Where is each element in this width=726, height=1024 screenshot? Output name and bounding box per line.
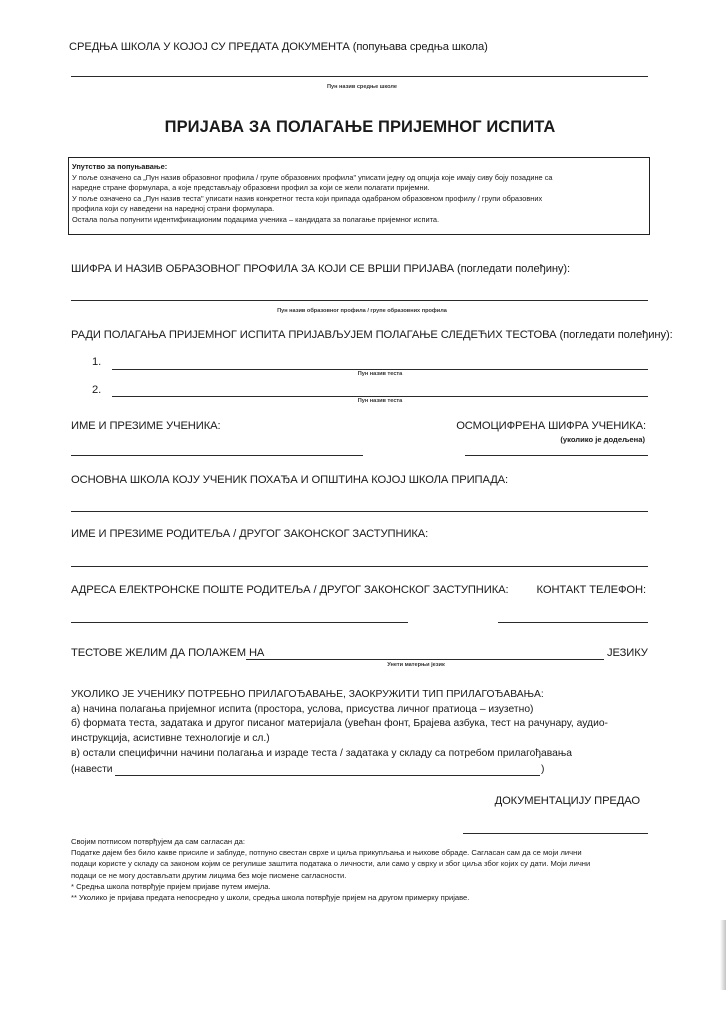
tests-label: РАДИ ПОЛАГАЊА ПРИЈЕМНОГ ИСПИТА ПРИЈАВЉУЈ…: [71, 329, 673, 341]
consent-note: * Средња школа потврђује пријем пријаве …: [71, 881, 590, 892]
phone-field[interactable]: [498, 622, 648, 623]
consent-line: подаци се не могу достављати другим лици…: [71, 870, 590, 881]
parent-name-label: ИМЕ И ПРЕЗИМЕ РОДИТЕЉА / ДРУГОГ ЗАКОНСКО…: [71, 528, 428, 540]
parent-email-field[interactable]: [71, 622, 408, 623]
parent-name-field[interactable]: [71, 566, 648, 567]
test-2-number: 2.: [92, 384, 101, 396]
instructions-line: профила који су наведени на наредној стр…: [72, 204, 646, 215]
phone-label: КОНТАКТ ТЕЛЕФОН:: [537, 584, 646, 596]
adjustment-option-b-cont[interactable]: инструкција, асистивне технологије и сл.…: [71, 732, 608, 747]
test-1-caption: Пун назив теста: [358, 371, 403, 377]
test-2-caption: Пун назив теста: [358, 398, 403, 404]
adjustment-option-b[interactable]: б) формата теста, задатака и другог писа…: [71, 717, 608, 732]
scan-edge-artifact: [720, 920, 726, 990]
student-code-field[interactable]: [465, 455, 648, 456]
consent-line: подаци користе у складу са законом којим…: [71, 858, 590, 869]
instructions-box: Упутство за попуњавање: У поље означено …: [68, 157, 650, 235]
specify-suffix: ): [541, 763, 544, 778]
language-prefix: ТЕСТОВЕ ЖЕЛИМ ДА ПОЛАЖЕМ НА: [71, 647, 264, 659]
consent-line: Податке дајем без било какве присиле и з…: [71, 847, 590, 858]
submission-label: ДОКУМЕНТАЦИЈУ ПРЕДАО: [495, 795, 640, 807]
instructions-line: У поље означено са „Пун назив образовног…: [72, 173, 646, 184]
test-2-field[interactable]: [112, 396, 648, 397]
student-name-label: ИМЕ И ПРЕЗИМЕ УЧЕНИКА:: [71, 420, 221, 432]
adjustment-block: УКОЛИКО ЈЕ УЧЕНИКУ ПОТРЕБНО ПРИЛАГОЂАВАЊ…: [71, 688, 608, 762]
instructions-line: наредне стране формулара, а које предста…: [72, 183, 646, 194]
language-field[interactable]: [246, 659, 604, 660]
primary-school-label: ОСНОВНА ШКОЛА КОЈУ УЧЕНИК ПОХАЂА И ОПШТИ…: [71, 474, 508, 486]
consent-heading: Својим потписом потврђујем да сам саглас…: [71, 836, 590, 847]
school-name-field[interactable]: [71, 76, 648, 77]
specify-prefix: (навести: [71, 763, 113, 778]
school-name-caption: Пун назив средње школе: [327, 84, 397, 90]
page-title: ПРИЈАВА ЗА ПОЛАГАЊЕ ПРИЈЕМНОГ ИСПИТА: [165, 118, 556, 137]
test-1-field[interactable]: [112, 369, 648, 370]
language-suffix: ЈЕЗИКУ: [607, 647, 648, 659]
submission-signature-field[interactable]: [463, 833, 648, 834]
adjustment-option-a[interactable]: а) начина полагања пријемног испита (про…: [71, 703, 608, 718]
consent-block: Својим потписом потврђујем да сам саглас…: [71, 836, 590, 903]
parent-email-label: АДРЕСА ЕЛЕКТРОНСКЕ ПОШТЕ РОДИТЕЉА / ДРУГ…: [71, 584, 509, 596]
student-name-field[interactable]: [71, 455, 363, 456]
profile-caption: Пун назив образовног профила / групе обр…: [277, 308, 447, 314]
language-caption: Унети матерњи језик: [387, 662, 445, 668]
consent-note: ** Уколико је пријава предата непосредно…: [71, 892, 590, 903]
adjustment-option-c[interactable]: в) остали специфични начини полагања и и…: [71, 747, 608, 762]
profile-label: ШИФРА И НАЗИВ ОБРАЗОВНОГ ПРОФИЛА ЗА КОЈИ…: [71, 263, 570, 275]
student-code-label: ОСМОЦИФРЕНА ШИФРА УЧЕНИКА:: [456, 420, 646, 432]
student-code-note: (уколико је додељена): [560, 434, 645, 445]
test-1-number: 1.: [92, 356, 101, 368]
school-label: СРЕДЊА ШКОЛА У КОЈОЈ СУ ПРЕДАТА ДОКУМЕНТ…: [69, 41, 488, 53]
primary-school-field[interactable]: [71, 511, 648, 512]
adjustment-heading: УКОЛИКО ЈЕ УЧЕНИКУ ПОТРЕБНО ПРИЛАГОЂАВАЊ…: [71, 688, 608, 703]
profile-field[interactable]: [71, 300, 648, 301]
instructions-line: У поље означено са „Пун назив теста" упи…: [72, 194, 646, 205]
specify-field[interactable]: [115, 775, 540, 776]
instructions-line: Остала поља попунити идентификационим по…: [72, 215, 646, 226]
instructions-heading: Упутство за попуњавање:: [72, 162, 646, 173]
